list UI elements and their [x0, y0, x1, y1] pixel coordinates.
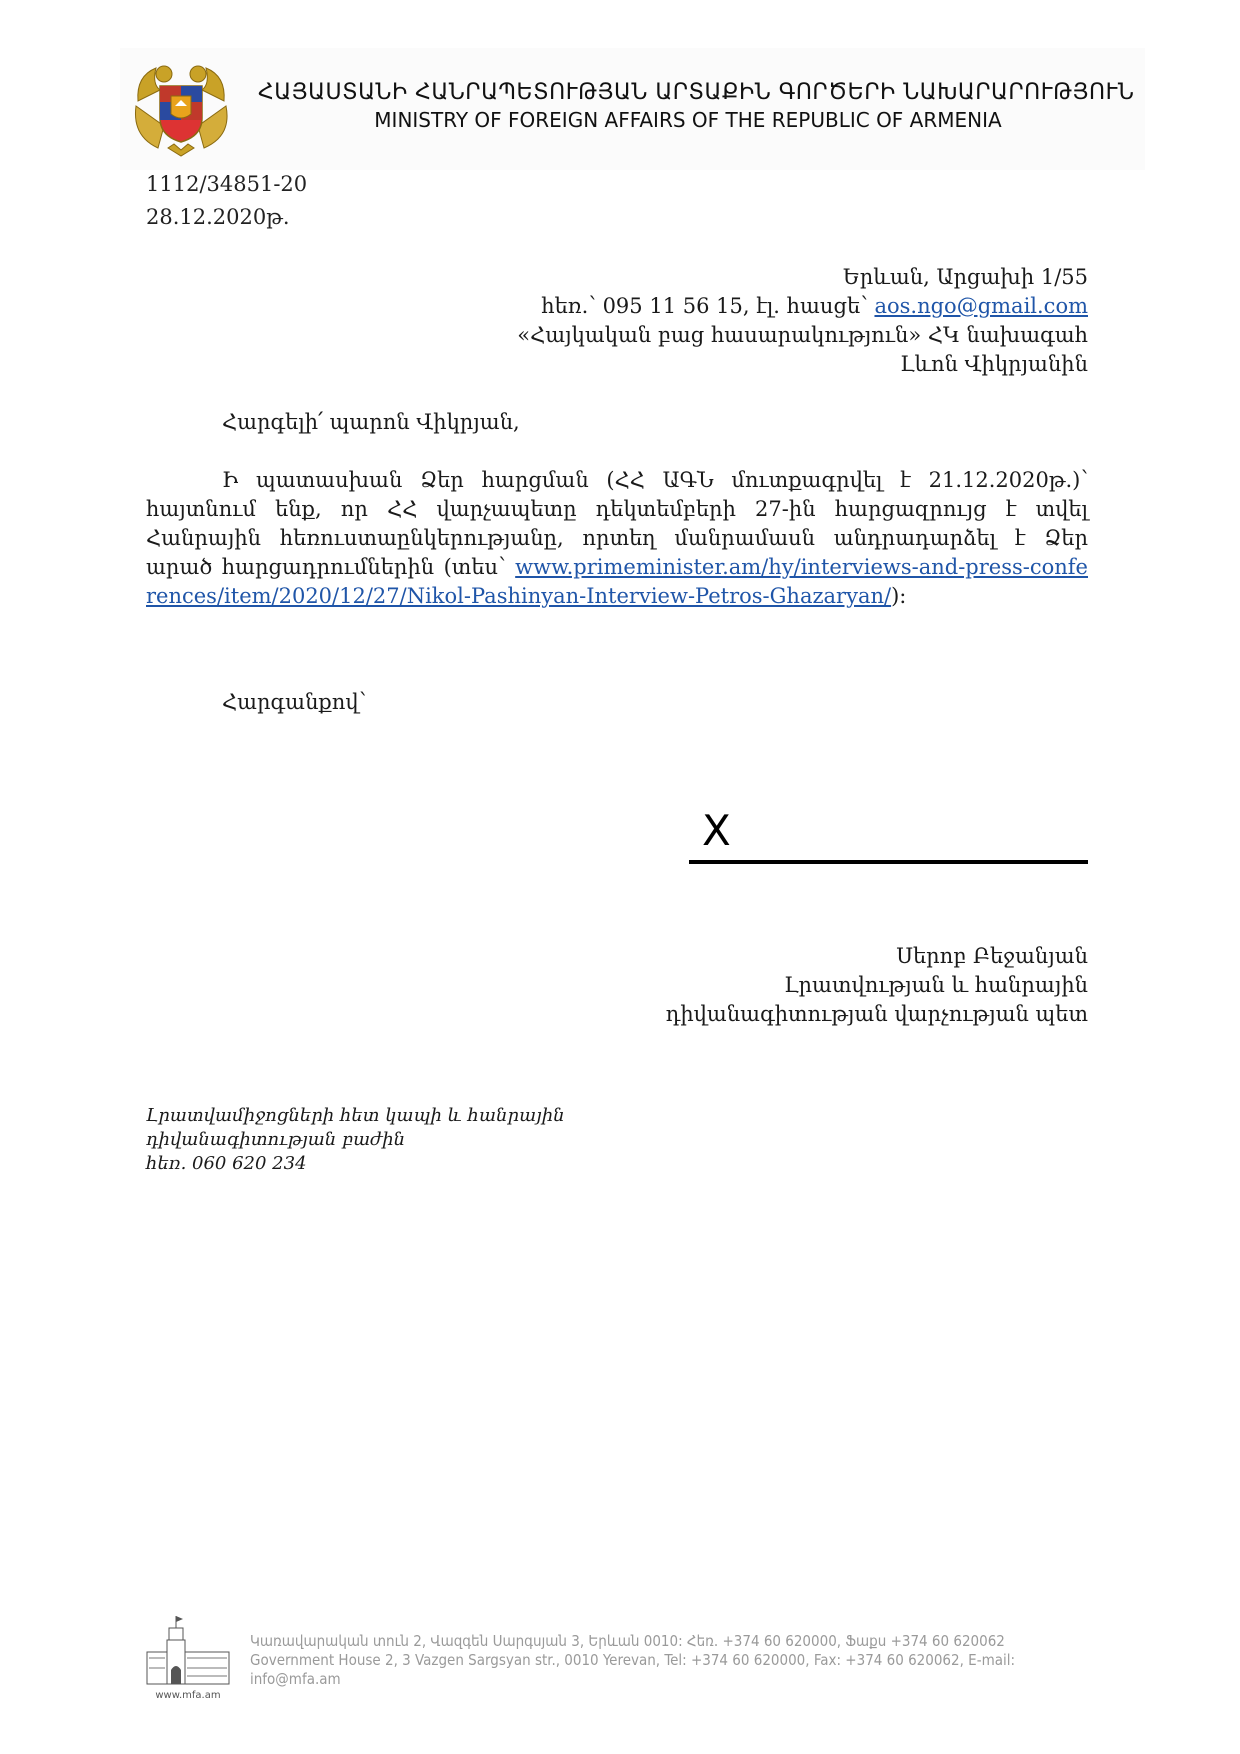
recipient-contact-line: հեռ.՝ 095 11 56 15, էլ. հասցե՝ aos.ngo@g…: [517, 292, 1088, 321]
signatory-title-line2: դիվանագիտության վարչության պետ: [666, 1000, 1088, 1029]
body-suffix: ):: [891, 584, 906, 608]
contact-phone: հեռ. 060 620 234: [146, 1152, 565, 1176]
signatory-name: Սերոբ Բեջանյան: [666, 942, 1088, 971]
signature-mark: X: [702, 806, 731, 855]
ministry-name-english: MINISTRY OF FOREIGN AFFAIRS OF THE REPUB…: [258, 108, 1118, 132]
ministry-name-armenian: ՀԱՅԱՍՏԱՆԻ ՀԱՆՐԱՊԵՏՈՒԹՅԱՆ ԱՐՏԱՔԻՆ ԳՈՐԾԵՐԻ…: [258, 80, 1118, 105]
contact-department-line1: Լրատվամիջոցների հետ կապի և հանրային: [146, 1104, 565, 1128]
reference-number: 1112/34851-20: [146, 168, 307, 201]
signature-line: [689, 860, 1088, 864]
footer-address: Կառավարական տուն 2, Վազգեն Սարգսյան 3, Ե…: [250, 1632, 1090, 1689]
signatory-block: Սերոբ Բեջանյան Լրատվության և հանրային դի…: [666, 942, 1088, 1029]
recipient-street: Երևան, Արցախի 1/55: [517, 263, 1088, 292]
coat-of-arms-icon: [128, 56, 234, 162]
recipient-email-link[interactable]: aos.ngo@gmail.com: [874, 294, 1088, 318]
signatory-title-line1: Լրատվության և հանրային: [666, 971, 1088, 1000]
closing: Հարգանքով՝: [222, 690, 366, 714]
reference-block: 1112/34851-20 28.12.2020թ.: [146, 168, 307, 234]
contact-department-line2: դիվանագիտության բաժին: [146, 1128, 565, 1152]
body-paragraph: Ի պատասխան Ձեր հարցման (ՀՀ ԱԳՆ մուտքագրվ…: [146, 466, 1088, 611]
footer-website: www.mfa.am: [143, 1690, 233, 1701]
recipient-address: Երևան, Արցախի 1/55 հեռ.՝ 095 11 56 15, է…: [517, 263, 1088, 379]
recipient-organization: «Հայկական բաց հասարակություն» ՀԿ նախագահ: [517, 321, 1088, 350]
recipient-name: Լևոն Վիկրյանին: [517, 350, 1088, 379]
salutation: Հարգելի՛ պարոն Վիկրյան,: [222, 410, 520, 434]
government-house-icon: [143, 1612, 233, 1692]
reference-date: 28.12.2020թ.: [146, 201, 307, 234]
contact-block: Լրատվամիջոցների հետ կապի և հանրային դիվա…: [146, 1104, 565, 1176]
footer-address-english: Government House 2, 3 Vazgen Sargsyan st…: [250, 1651, 1090, 1689]
recipient-phone: հեռ.՝ 095 11 56 15, էլ. հասցե՝: [541, 294, 874, 318]
footer-address-armenian: Կառավարական տուն 2, Վազգեն Սարգսյան 3, Ե…: [250, 1632, 1090, 1651]
